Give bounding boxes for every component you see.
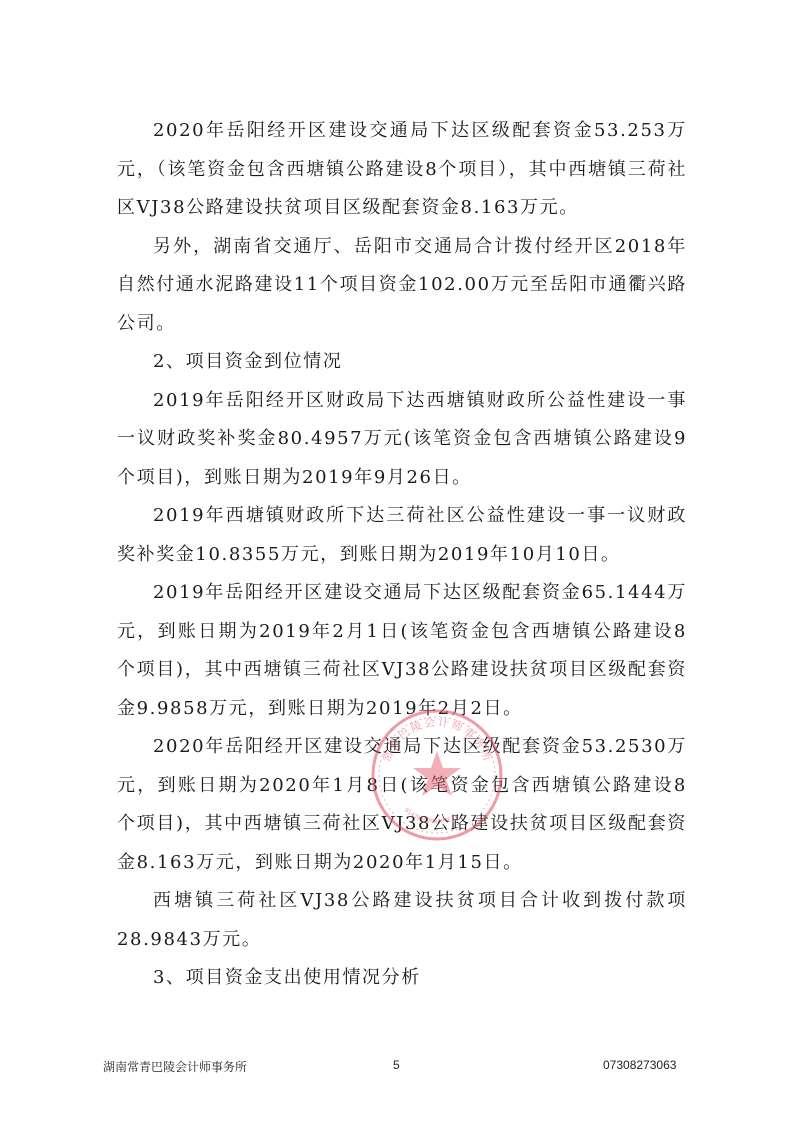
paragraph-2020-transport-bureau: 2020年岳阳经开区建设交通局下达区级配套资金53.2530万元，到账日期为20…: [117, 728, 687, 882]
section-heading-funds-arrival: 2、项目资金到位情况: [117, 343, 687, 382]
paragraph-total-received: 西塘镇三荷社区VJ38公路建设扶贫项目合计收到拨付款项28.9843万元。: [117, 882, 687, 959]
document-body: 2020年岳阳经开区建设交通局下达区级配套资金53.253万元，（该笔资金包含西…: [117, 112, 687, 998]
footer-phone: 07308273063: [603, 1058, 676, 1072]
paragraph-2019-finance-bureau: 2019年岳阳经开区财政局下达西塘镇财政所公益性建设一事一议财政奖补奖金80.4…: [117, 382, 687, 498]
footer-page-number: 5: [393, 1058, 400, 1072]
page-footer: 湖南常青巴陵会计师事务所 5 07308273063: [0, 1058, 793, 1078]
paragraph-2019-finance-office: 2019年西塘镇财政所下达三荷社区公益性建设一事一议财政奖补奖金10.8355万…: [117, 497, 687, 574]
footer-firm-name: 湖南常青巴陵会计师事务所: [103, 1058, 247, 1075]
document-page: 2020年岳阳经开区建设交通局下达区级配套资金53.253万元，（该笔资金包含西…: [0, 0, 793, 1121]
section-heading-expenditure-analysis: 3、项目资金支出使用情况分析: [117, 959, 687, 998]
paragraph-2019-transport-bureau: 2019年岳阳经开区建设交通局下达区级配套资金65.1444万元，到账日期为20…: [117, 574, 687, 728]
paragraph-2020-allocation: 2020年岳阳经开区建设交通局下达区级配套资金53.253万元，（该笔资金包含西…: [117, 112, 687, 228]
paragraph-provincial-funding: 另外，湖南省交通厅、岳阳市交通局合计拨付经开区2018年自然付通水泥路建设11个…: [117, 228, 687, 344]
